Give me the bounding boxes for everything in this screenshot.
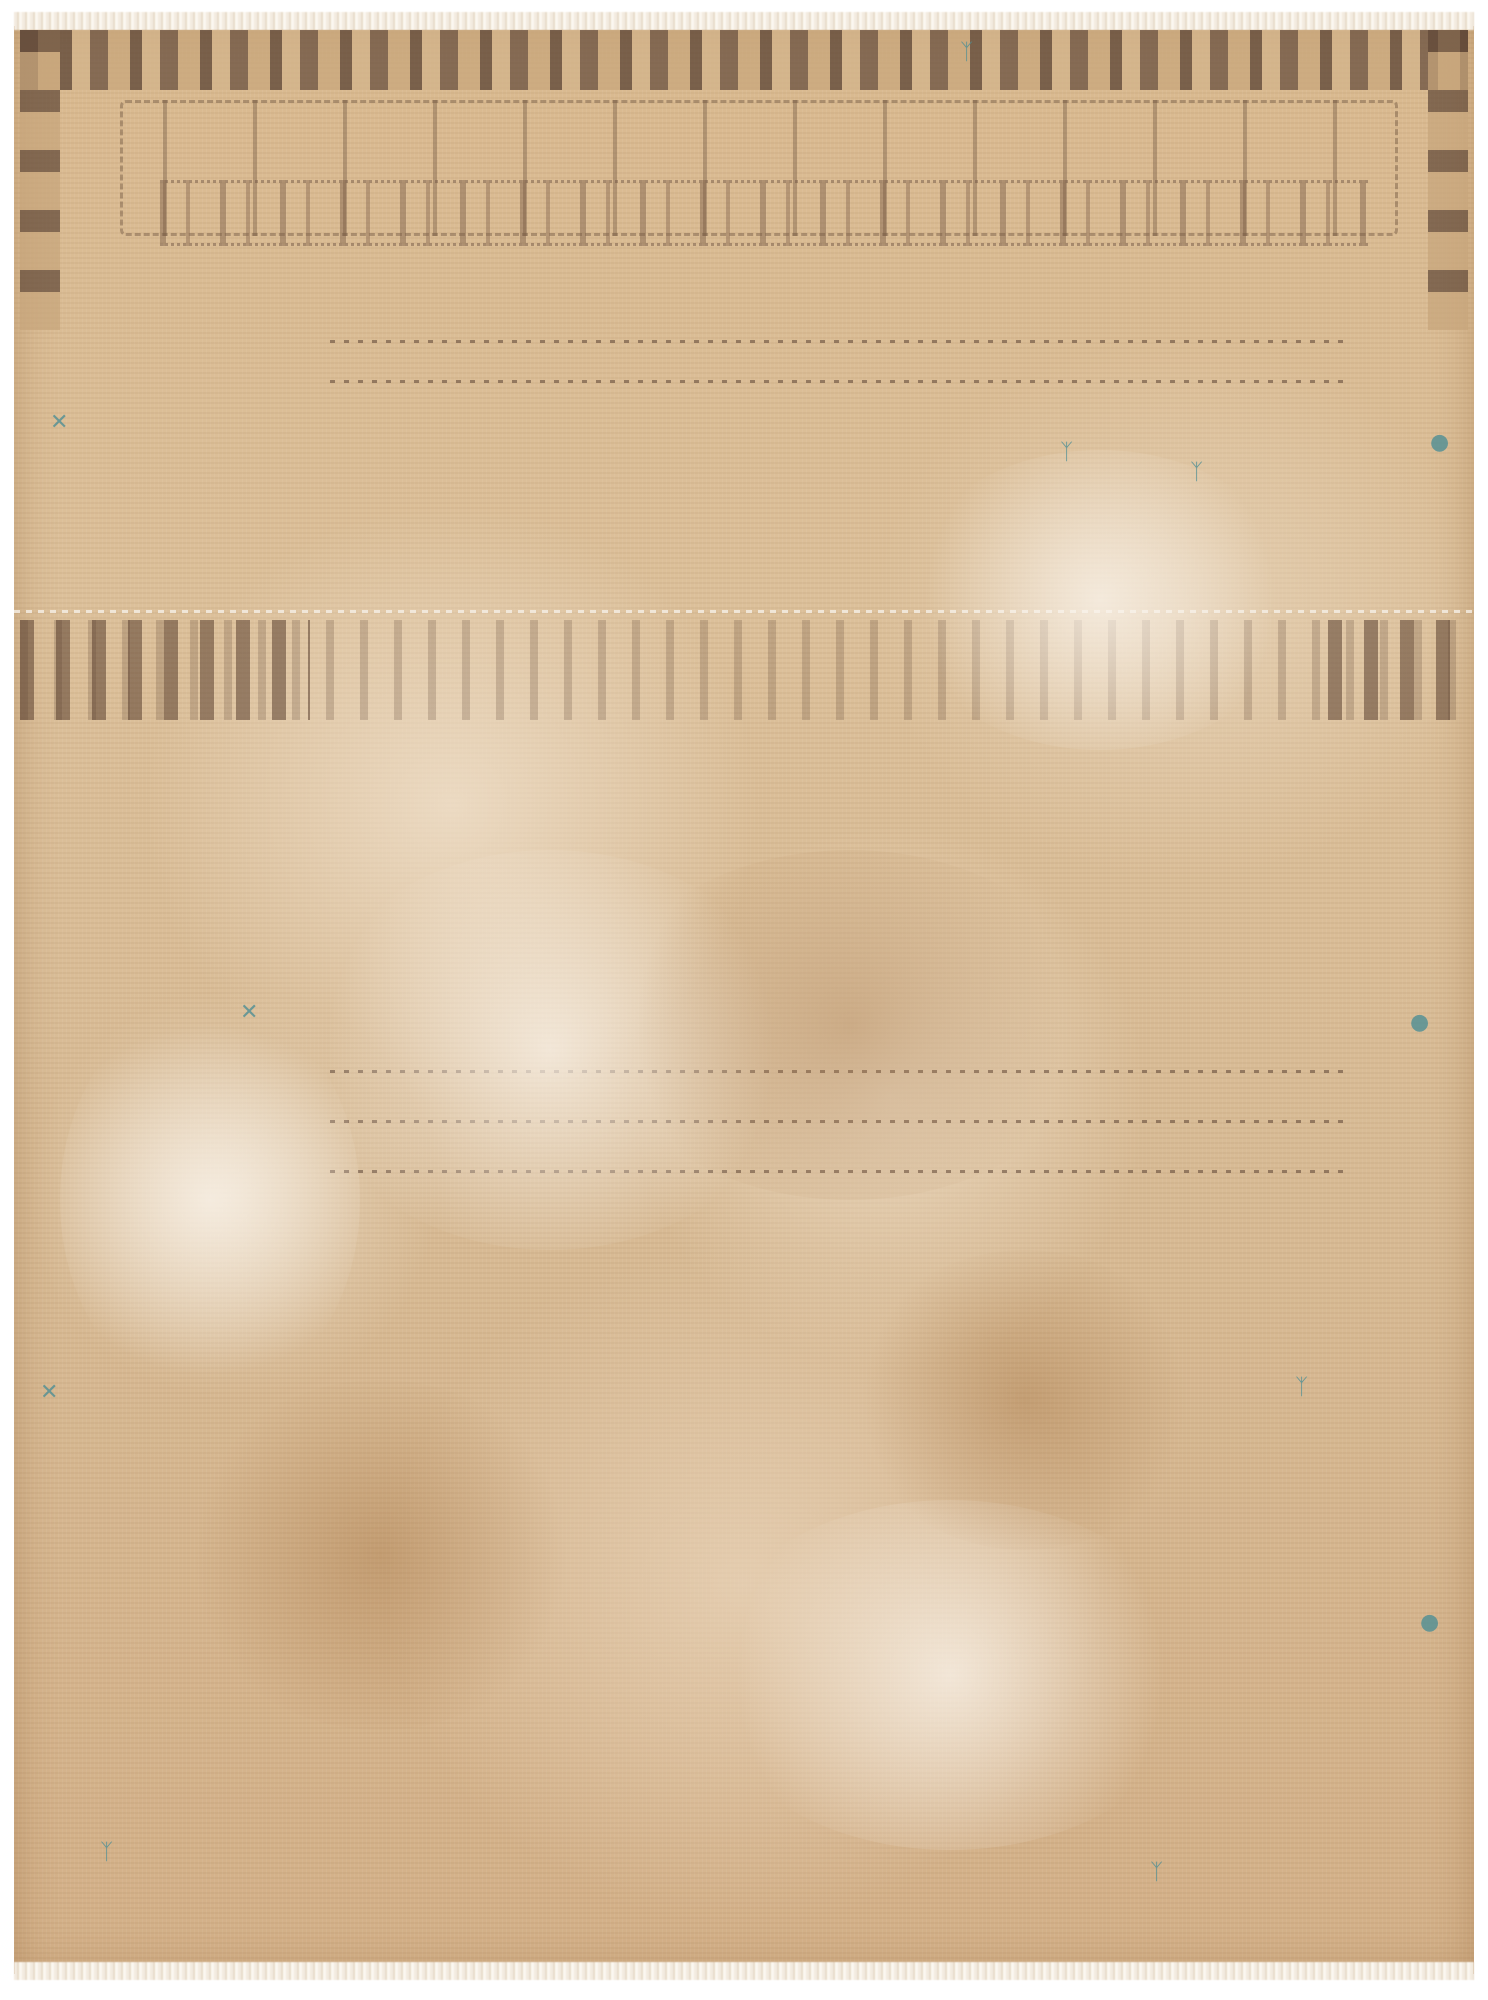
teal-motif-icon: ᛉ xyxy=(1190,460,1203,485)
teal-dot-icon: ● xyxy=(1430,430,1449,455)
left-corner-border xyxy=(20,30,60,330)
teal-motif-icon: ᛉ xyxy=(1295,1375,1308,1400)
top-fringe xyxy=(14,12,1474,30)
bottom-fringe xyxy=(14,1962,1474,1980)
stain-area xyxy=(600,850,1100,1200)
teal-motif-icon: ᛉ xyxy=(1060,440,1073,465)
inner-geometric-band xyxy=(160,180,1368,246)
worn-area xyxy=(900,450,1300,750)
teal-x-icon: ✕ xyxy=(50,410,68,435)
worn-area xyxy=(60,1000,360,1400)
middle-band-right-motif xyxy=(1328,620,1468,720)
stain-area xyxy=(180,1380,580,1730)
teal-motif-icon: ᛉ xyxy=(100,1840,113,1865)
dotted-row xyxy=(330,380,1348,383)
teal-dot-icon: ● xyxy=(1420,1610,1439,1635)
teal-x-icon: ✕ xyxy=(240,1000,258,1025)
top-outer-border xyxy=(20,30,1468,90)
teal-x-icon: ✕ xyxy=(40,1380,58,1405)
worn-area xyxy=(700,1500,1200,1850)
teal-motif-icon: ᛉ xyxy=(960,40,973,65)
dotted-row xyxy=(330,340,1348,343)
right-corner-border xyxy=(1428,30,1468,330)
teal-motif-icon: ᛉ xyxy=(1150,1860,1163,1885)
middle-band-left-motif xyxy=(20,620,310,720)
stain-area xyxy=(850,1250,1200,1550)
teal-dot-icon: ● xyxy=(1410,1010,1429,1035)
